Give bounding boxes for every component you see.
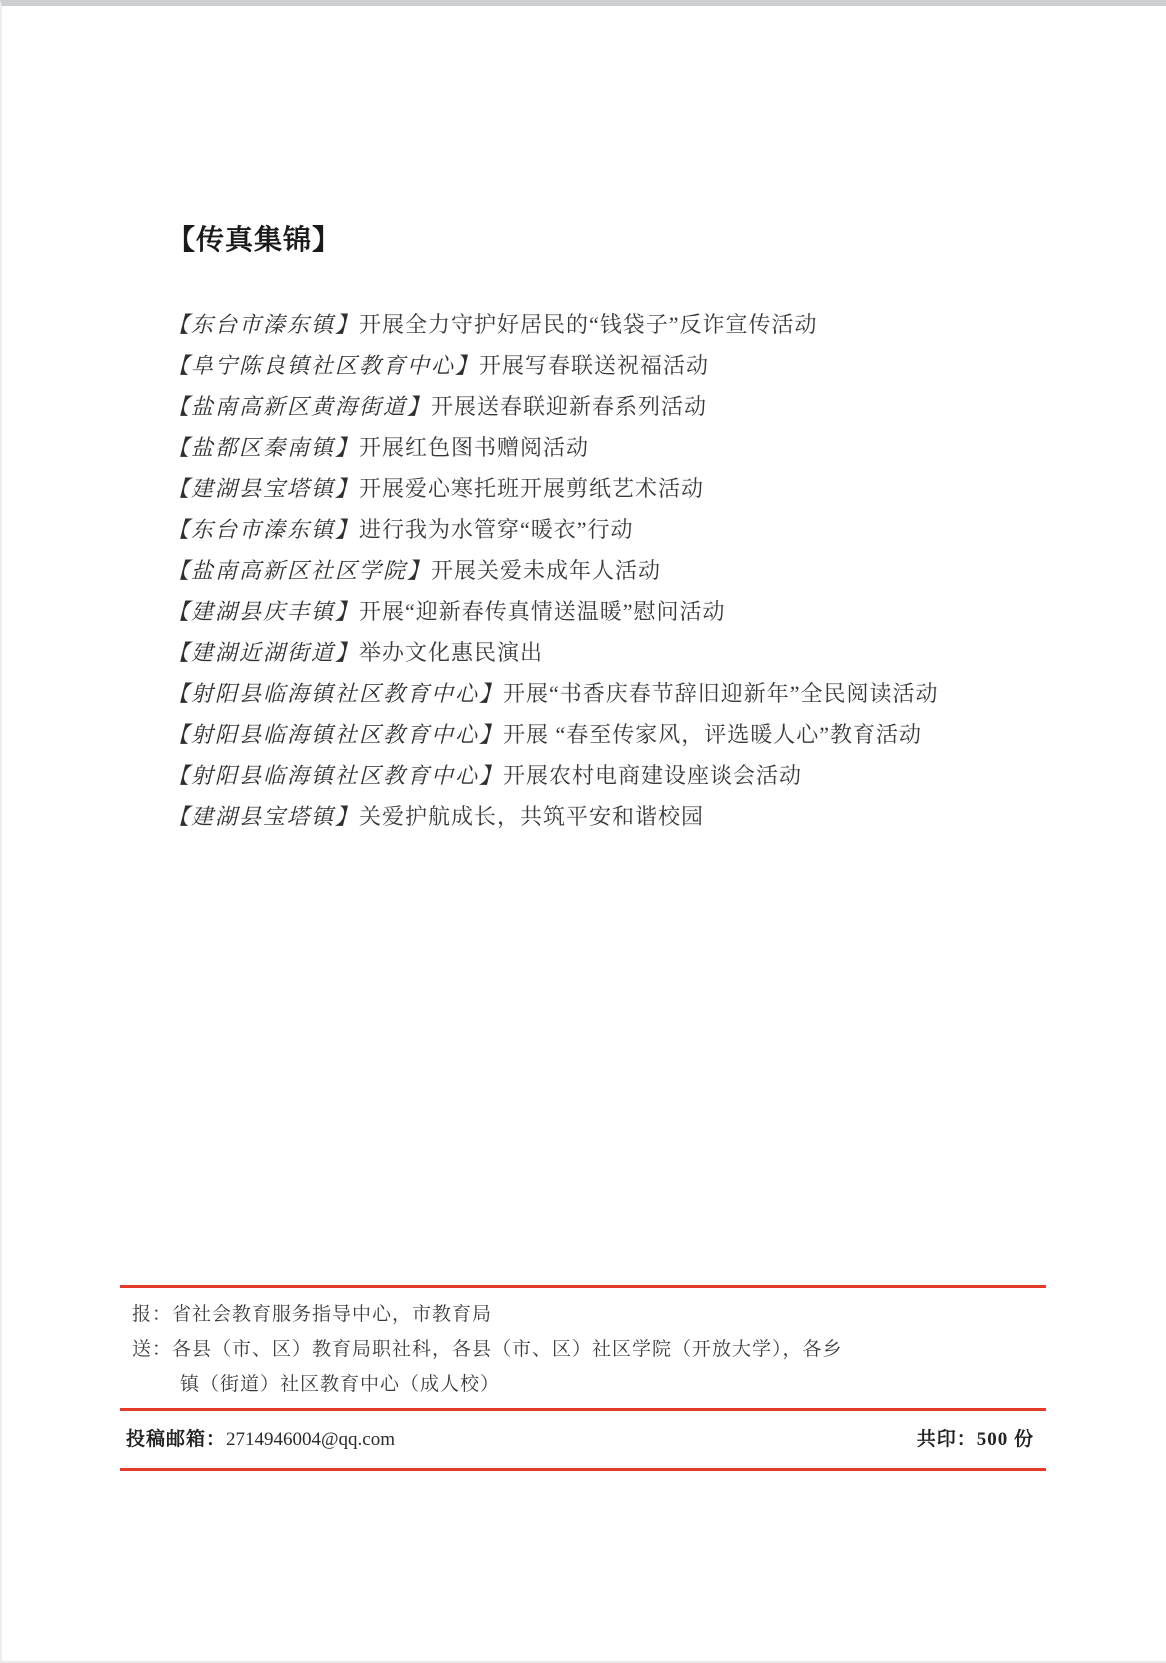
activity-text: 开展关爱未成年人活动 <box>431 558 661 583</box>
document-page: 【传真集锦】 【东台市溱东镇】开展全力守护好居民的“钱袋子”反诈宣传活动 【阜宁… <box>0 0 1166 1663</box>
org-name: 【盐南高新区黄海街道】 <box>167 394 431 419</box>
list-item: 【射阳县临海镇社区教育中心】开展 “春至传家风，评选暖人心”教育活动 <box>167 714 1046 755</box>
list-item: 【阜宁陈良镇社区教育中心】开展写春联送祝福活动 <box>167 345 1046 386</box>
org-name: 【东台市溱东镇】 <box>167 312 359 337</box>
activity-text: 开展爱心寒托班开展剪纸艺术活动 <box>359 476 704 501</box>
org-name: 【阜宁陈良镇社区教育中心】 <box>167 353 479 378</box>
send-line: 送：各县（市、区）教育局职社科，各县（市、区）社区学院（开放大学），各乡 <box>132 1332 1036 1367</box>
list-item: 【东台市溱东镇】开展全力守护好居民的“钱袋子”反诈宣传活动 <box>167 304 1046 345</box>
org-name: 【建湖县庆丰镇】 <box>167 599 359 624</box>
divider-rule-bottom <box>120 1468 1046 1471</box>
activity-text: 开展农村电商建设座谈会活动 <box>503 763 802 788</box>
activity-text: 举办文化惠民演出 <box>359 640 543 665</box>
list-item: 【建湖近湖街道】举办文化惠民演出 <box>167 632 1046 673</box>
activity-text: 进行我为水管穿“暖衣”行动 <box>359 517 634 542</box>
activity-text: 关爱护航成长，共筑平安和谐校园 <box>359 804 704 829</box>
org-name: 【建湖县宝塔镇】 <box>167 804 359 829</box>
report-line: 报：省社会教育服务指导中心，市教育局 <box>132 1297 1036 1332</box>
send-line-continuation-text: 镇（街道）社区教育中心（成人校） <box>132 1374 500 1395</box>
activity-text: 开展“书香庆春节辞旧迎新年”全民阅读活动 <box>503 681 939 706</box>
contact-row: 投稿邮箱：2714946004@qq.com 共印：500 份 <box>120 1411 1046 1468</box>
list-item: 【盐南高新区黄海街道】开展送春联迎新春系列活动 <box>167 386 1046 427</box>
send-line-continuation: 镇（街道）社区教育中心（成人校） <box>132 1367 1036 1402</box>
list-item: 【建湖县庆丰镇】开展“迎新春传真情送温暖”慰问活动 <box>167 591 1046 632</box>
org-name: 【东台市溱东镇】 <box>167 517 359 542</box>
distribution-footer: 报：省社会教育服务指导中心，市教育局 送：各县（市、区）教育局职社科，各县（市、… <box>120 1285 1046 1471</box>
org-name: 【建湖县宝塔镇】 <box>167 476 359 501</box>
org-name: 【射阳县临海镇社区教育中心】 <box>167 722 503 747</box>
org-name: 【盐都区秦南镇】 <box>167 435 359 460</box>
list-item: 【盐都区秦南镇】开展红色图书赠阅活动 <box>167 427 1046 468</box>
org-name: 【建湖近湖街道】 <box>167 640 359 665</box>
activity-text: 开展 “春至传家风，评选暖人心”教育活动 <box>503 722 922 747</box>
submission-email: 投稿邮箱：2714946004@qq.com <box>126 1425 395 1454</box>
print-count: 共印：500 份 <box>917 1425 1034 1454</box>
fax-summary-list: 【东台市溱东镇】开展全力守护好居民的“钱袋子”反诈宣传活动 【阜宁陈良镇社区教育… <box>167 304 1046 837</box>
activity-text: 开展全力守护好居民的“钱袋子”反诈宣传活动 <box>359 312 818 337</box>
list-item: 【建湖县宝塔镇】关爱护航成长，共筑平安和谐校园 <box>167 796 1046 837</box>
activity-text: 开展“迎新春传真情送温暖”慰问活动 <box>359 599 726 624</box>
activity-text: 开展送春联迎新春系列活动 <box>431 394 707 419</box>
list-item: 【盐南高新区社区学院】开展关爱未成年人活动 <box>167 550 1046 591</box>
org-name: 【射阳县临海镇社区教育中心】 <box>167 763 503 788</box>
list-item: 【射阳县临海镇社区教育中心】开展“书香庆春节辞旧迎新年”全民阅读活动 <box>167 673 1046 714</box>
org-name: 【射阳县临海镇社区教育中心】 <box>167 681 503 706</box>
list-item: 【建湖县宝塔镇】开展爱心寒托班开展剪纸艺术活动 <box>167 468 1046 509</box>
distribution-block: 报：省社会教育服务指导中心，市教育局 送：各县（市、区）教育局职社科，各县（市、… <box>120 1288 1046 1408</box>
list-item: 【东台市溱东镇】进行我为水管穿“暖衣”行动 <box>167 509 1046 550</box>
org-name: 【盐南高新区社区学院】 <box>167 558 431 583</box>
email-address: 2714946004@qq.com <box>226 1429 395 1450</box>
activity-text: 开展红色图书赠阅活动 <box>359 435 589 460</box>
activity-text: 开展写春联送祝福活动 <box>479 353 709 378</box>
list-item: 【射阳县临海镇社区教育中心】开展农村电商建设座谈会活动 <box>167 755 1046 796</box>
section-title: 【传真集锦】 <box>167 218 341 258</box>
email-label: 投稿邮箱： <box>126 1429 226 1450</box>
